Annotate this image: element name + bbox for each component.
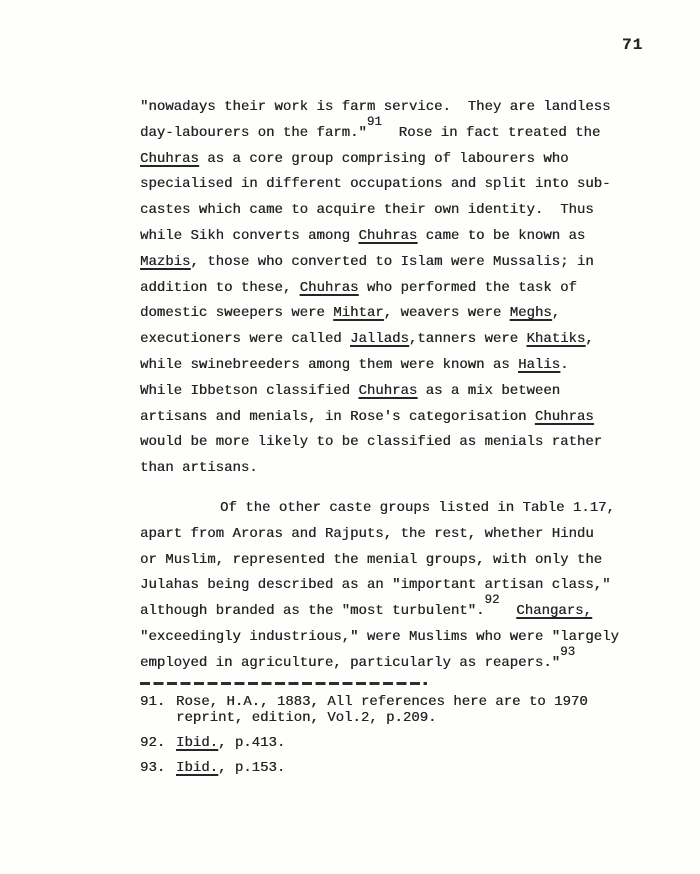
underlined-term: Chuhras bbox=[358, 383, 417, 399]
text-segment: reprint, edition, Vol.2, p.209. bbox=[176, 710, 436, 726]
paragraph: "nowadays their work is farm service. Th… bbox=[140, 95, 645, 482]
text-segment: Of the other caste groups listed in Tabl… bbox=[220, 500, 615, 516]
text-line: specialised in different occupations and… bbox=[140, 172, 645, 198]
footnote-line: Ibid., p.153. bbox=[176, 760, 645, 777]
text-line: addition to these, Chuhras who performed… bbox=[140, 276, 645, 302]
underlined-term: Mazbis bbox=[140, 254, 190, 270]
footnote-line: Ibid., p.413. bbox=[176, 735, 645, 752]
text-line: Of the other caste groups listed in Tabl… bbox=[140, 496, 645, 522]
text-line: domestic sweepers were Mihtar, weavers w… bbox=[140, 301, 645, 327]
text-segment: , weavers were bbox=[384, 305, 510, 321]
underlined-term: Mihtar bbox=[333, 305, 383, 321]
footnote-reference-superscript: 92 bbox=[484, 593, 499, 607]
underlined-term: Jallads bbox=[350, 331, 409, 347]
text-segment: employed in agriculture, particularly as… bbox=[140, 655, 560, 671]
text-segment: , those who converted to Islam were Muss… bbox=[190, 254, 593, 270]
page-number: 71 bbox=[622, 36, 643, 54]
text-segment: Rose in fact treated the bbox=[382, 125, 600, 141]
footnote-entry: 93.Ibid., p.153. bbox=[140, 760, 645, 777]
scanned-document-page: 71 "nowadays their work is farm service.… bbox=[0, 0, 700, 874]
footnote-reference-superscript: 91 bbox=[367, 115, 382, 129]
footnote-entry: 91.Rose, H.A., 1883, All references here… bbox=[140, 694, 645, 727]
footnote-text: Ibid., p.413. bbox=[176, 735, 645, 752]
text-segment: , bbox=[585, 331, 593, 347]
footnote-number: 92. bbox=[140, 735, 176, 752]
underlined-term: Halis bbox=[518, 357, 560, 373]
text-line: while Sikh converts among Chuhras came t… bbox=[140, 224, 645, 250]
text-segment: although branded as the "most turbulent"… bbox=[140, 603, 484, 619]
underlined-term: Chuhras bbox=[140, 151, 199, 167]
footnote-entry: 92.Ibid., p.413. bbox=[140, 735, 645, 752]
underlined-term: Chuhras bbox=[535, 409, 594, 425]
footnote-text: Ibid., p.153. bbox=[176, 760, 645, 777]
text-line: although branded as the "most turbulent"… bbox=[140, 599, 645, 625]
paragraph: Of the other caste groups listed in Tabl… bbox=[140, 496, 645, 677]
text-segment: or Muslim, represented the menial groups… bbox=[140, 552, 602, 568]
text-line: than artisans. bbox=[140, 456, 645, 482]
text-segment: who performed the task of bbox=[358, 280, 576, 296]
text-segment: artisans and menials, in Rose's categori… bbox=[140, 409, 535, 425]
text-segment: , p.413. bbox=[218, 735, 285, 751]
text-segment: than artisans. bbox=[140, 460, 258, 476]
text-segment: castes which came to acquire their own i… bbox=[140, 202, 594, 218]
body-text: "nowadays their work is farm service. Th… bbox=[140, 95, 645, 677]
underlined-term: Meghs bbox=[510, 305, 552, 321]
text-segment: While Ibbetson classified bbox=[140, 383, 358, 399]
footnote-separator-line bbox=[140, 682, 427, 685]
footnote-line: reprint, edition, Vol.2, p.209. bbox=[176, 710, 645, 727]
footnote-number: 93. bbox=[140, 760, 176, 777]
text-segment: executioners were called bbox=[140, 331, 350, 347]
text-line: While Ibbetson classified Chuhras as a m… bbox=[140, 379, 645, 405]
text-segment: while Sikh converts among bbox=[140, 228, 358, 244]
text-segment: Julahas being described as an "important… bbox=[140, 577, 610, 593]
text-segment: addition to these, bbox=[140, 280, 300, 296]
text-segment: domestic sweepers were bbox=[140, 305, 333, 321]
text-segment: while swinebreeders among them were know… bbox=[140, 357, 518, 373]
text-line: Mazbis, those who converted to Islam wer… bbox=[140, 250, 645, 276]
footnotes-list: 91.Rose, H.A., 1883, All references here… bbox=[140, 694, 645, 777]
text-segment: . bbox=[560, 357, 568, 373]
underlined-term: Ibid. bbox=[176, 760, 218, 776]
text-line: would be more likely to be classified as… bbox=[140, 430, 645, 456]
text-line: Chuhras as a core group comprising of la… bbox=[140, 147, 645, 173]
text-segment: as a core group comprising of labourers … bbox=[199, 151, 569, 167]
underlined-term: Chuhras bbox=[300, 280, 359, 296]
text-line: employed in agriculture, particularly as… bbox=[140, 651, 645, 677]
footnotes-section: 91.Rose, H.A., 1883, All references here… bbox=[140, 682, 645, 785]
text-line: or Muslim, represented the menial groups… bbox=[140, 548, 645, 574]
text-segment: "nowadays their work is farm service. Th… bbox=[140, 99, 610, 115]
text-line: day-labourers on the farm."91 Rose in fa… bbox=[140, 121, 645, 147]
underlined-term: Chuhras bbox=[358, 228, 417, 244]
footnote-number: 91. bbox=[140, 694, 176, 711]
text-segment: came to be known as bbox=[417, 228, 585, 244]
text-segment: , p.153. bbox=[218, 760, 285, 776]
text-segment: "exceedingly industrious," were Muslims … bbox=[140, 629, 619, 645]
underlined-term: Khatiks bbox=[526, 331, 585, 347]
text-segment: , bbox=[552, 305, 560, 321]
underlined-term: Changars, bbox=[516, 603, 592, 619]
text-line: castes which came to acquire their own i… bbox=[140, 198, 645, 224]
text-segment: as a mix between bbox=[417, 383, 560, 399]
text-line: apart from Aroras and Rajputs, the rest,… bbox=[140, 522, 645, 548]
footnote-reference-superscript: 93 bbox=[560, 645, 575, 659]
text-segment: Rose, H.A., 1883, All references here ar… bbox=[176, 694, 588, 710]
text-line: while swinebreeders among them were know… bbox=[140, 353, 645, 379]
text-segment: day-labourers on the farm." bbox=[140, 125, 367, 141]
text-segment: specialised in different occupations and… bbox=[140, 176, 610, 192]
underlined-term: Ibid. bbox=[176, 735, 218, 751]
footnote-text: Rose, H.A., 1883, All references here ar… bbox=[176, 694, 645, 727]
text-segment bbox=[499, 603, 516, 619]
text-segment: would be more likely to be classified as… bbox=[140, 434, 602, 450]
text-segment: apart from Aroras and Rajputs, the rest,… bbox=[140, 526, 594, 542]
text-line: artisans and menials, in Rose's categori… bbox=[140, 405, 645, 431]
footnote-line: Rose, H.A., 1883, All references here ar… bbox=[176, 694, 645, 711]
text-line: "nowadays their work is farm service. Th… bbox=[140, 95, 645, 121]
text-line: executioners were called Jallads,tanners… bbox=[140, 327, 645, 353]
text-segment: ,tanners were bbox=[409, 331, 527, 347]
text-line: Julahas being described as an "important… bbox=[140, 573, 645, 599]
